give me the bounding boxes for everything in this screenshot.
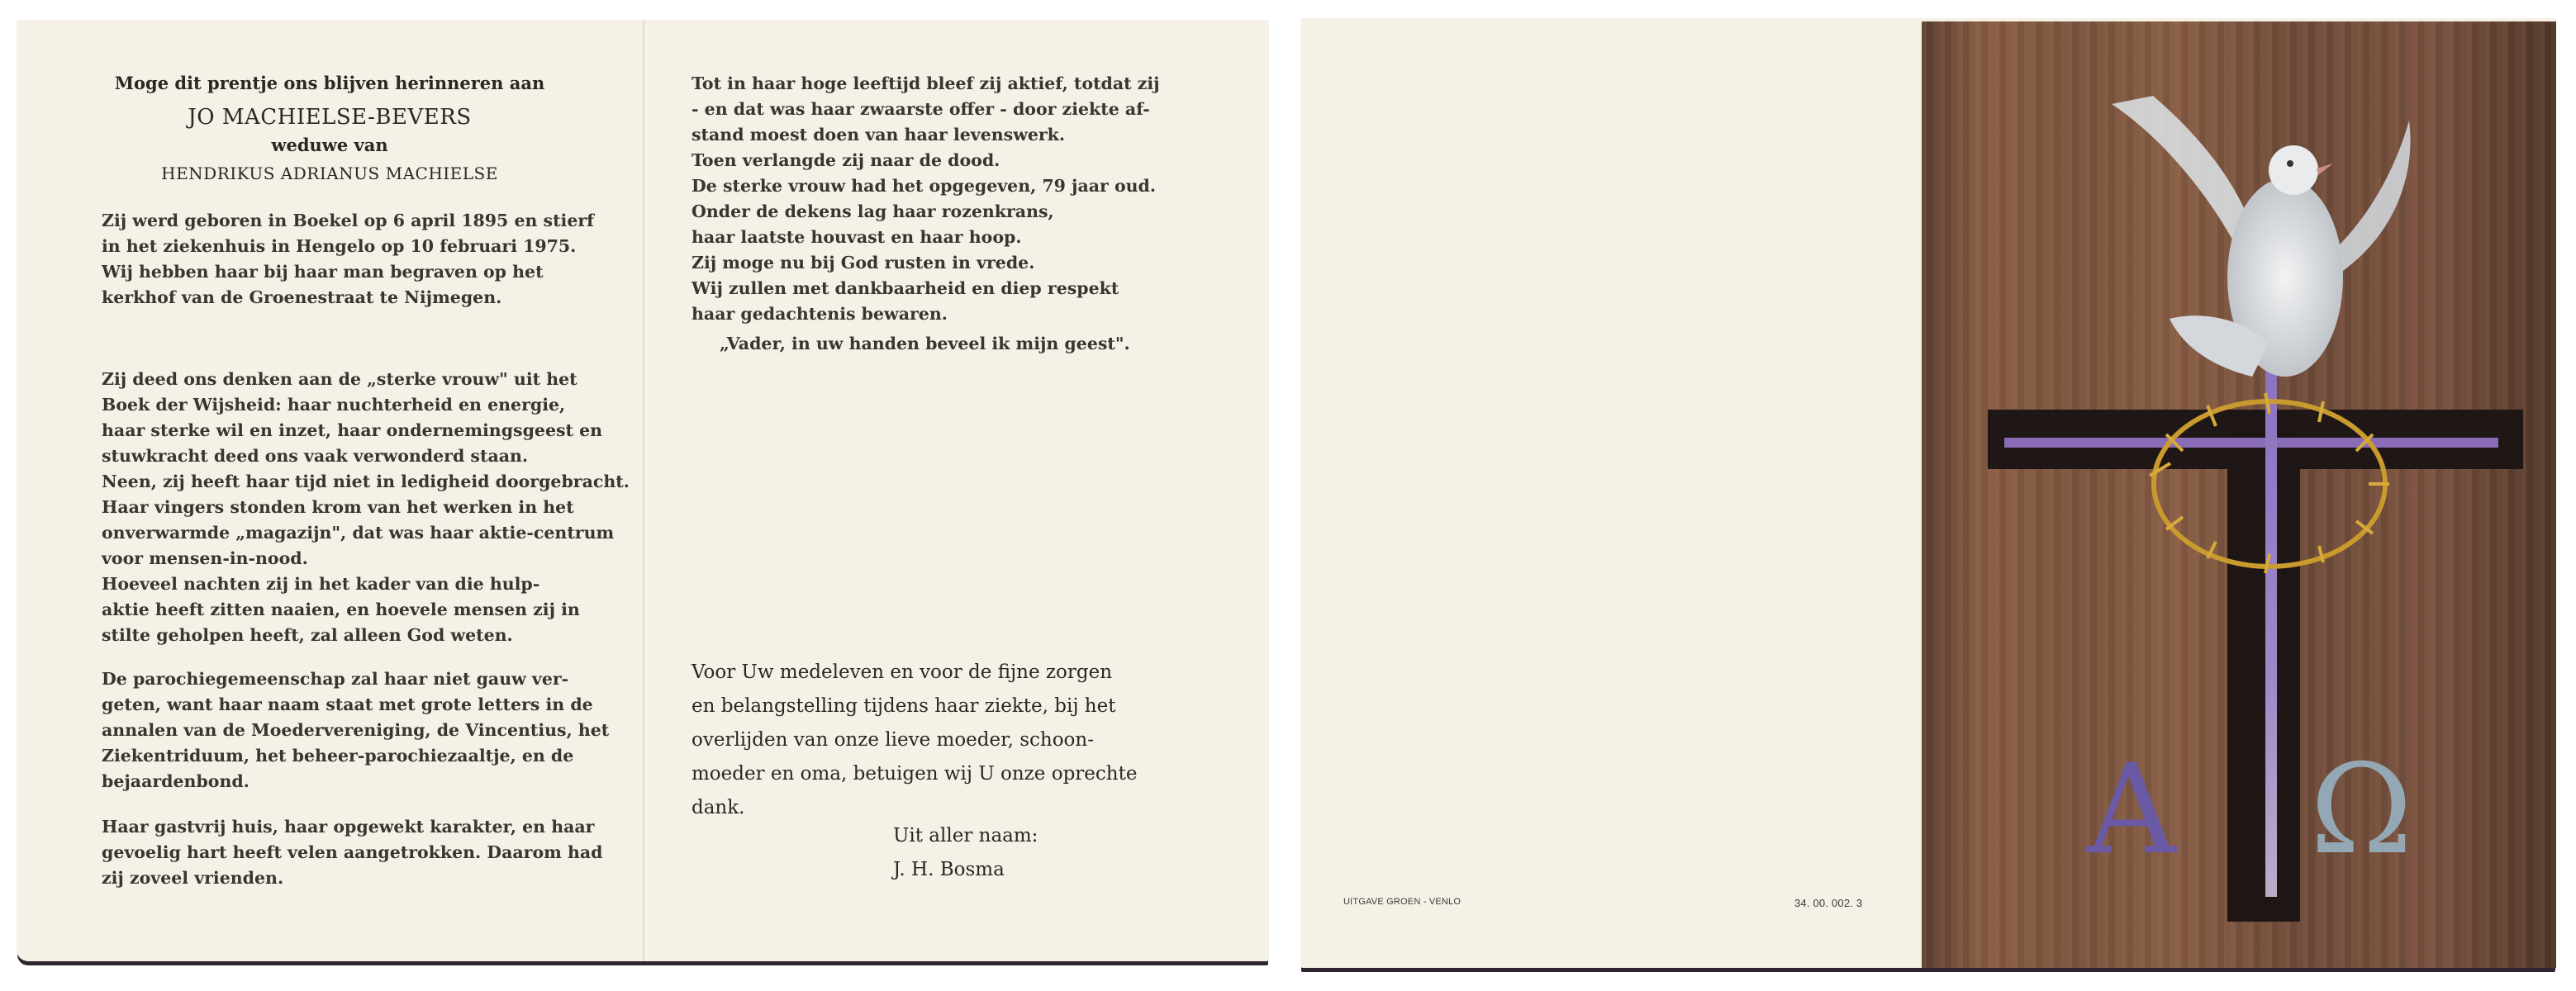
text-line: gevoelig hart heeft velen aangetrokken. … <box>102 840 597 865</box>
publisher-imprint: UITGAVE GROEN - VENLO <box>1343 897 1461 907</box>
text-line: stand moest doen van haar levenswerk. <box>692 122 1187 148</box>
text-line: De parochiegemeenschap zal haar niet gau… <box>102 666 597 692</box>
text-line: Toen verlangde zij naar de dood. <box>692 148 1187 173</box>
inside-right-panel: Tot in haar hoge leeftijd bleef zij akti… <box>644 20 1269 961</box>
text-line: annalen van de Moedervereniging, de Vinc… <box>102 718 597 743</box>
text-line: Onder de dekens lag haar rozenkrans, <box>692 199 1187 225</box>
text-line: kerkhof van de Groenestraat te Nijmegen. <box>102 285 597 311</box>
text-line: stilte geholpen heeft, zal alleen God we… <box>102 623 597 648</box>
signature-block: Uit aller naam: J. H. Bosma <box>893 819 1038 887</box>
text-line: Tot in haar hoge leeftijd bleef zij akti… <box>692 71 1187 97</box>
text-line: en belangstelling tijdens haar ziekte, b… <box>692 690 1137 723</box>
paragraph-parish: De parochiegemeenschap zal haar niet gau… <box>102 666 597 794</box>
text-line: in het ziekenhuis in Hengelo op 10 febru… <box>102 234 597 259</box>
text-line: Wij zullen met dankbaarheid en diep resp… <box>692 276 1187 301</box>
text-line: De sterke vrouw had het opgegeven, 79 ja… <box>692 173 1187 199</box>
text-line: Zij deed ons denken aan de „sterke vrouw… <box>102 367 597 392</box>
paragraph-hospitality: Haar gastvrij huis, haar opgewekt karakt… <box>102 814 597 891</box>
text-line: Ziekentriduum, het beheer-parochiezaaltj… <box>102 743 597 769</box>
relation-line: weduwe van <box>17 135 643 155</box>
text-line: Neen, zij heeft haar tijd niet in ledigh… <box>102 469 597 495</box>
paragraph-birth-death: Zij werd geboren in Boekel op 6 april 18… <box>102 208 597 311</box>
back-panel: UITGAVE GROEN - VENLO 34. 00. 002. 3 <box>1300 18 1920 968</box>
memorial-card-outside: UITGAVE GROEN - VENLO 34. 00. 002. 3 <box>1300 18 2556 968</box>
text-line: Zij moge nu bij God rusten in vrede. <box>692 250 1187 276</box>
memorial-card-inside: Moge dit prentje ons blijven herinneren … <box>17 20 1269 961</box>
signature-intro: Uit aller naam: <box>893 819 1038 853</box>
text-line: moeder en oma, betuigen wij U onze oprec… <box>692 757 1137 791</box>
cover-artwork: A Ω <box>1922 21 2556 968</box>
dove-icon <box>2046 71 2475 434</box>
text-line: voor mensen-in-nood. <box>102 546 597 571</box>
paragraph-character: Zij deed ons denken aan de „sterke vrouw… <box>102 367 597 648</box>
text-line: geten, want haar naam staat met grote le… <box>102 692 597 718</box>
spouse-name: HENDRIKUS ADRIANUS MACHIELSE <box>17 164 643 183</box>
text-line: - en dat was haar zwaarste offer - door … <box>692 97 1187 122</box>
text-line: haar gedachtenis bewaren. <box>692 301 1187 327</box>
text-line: zij zoveel vrienden. <box>102 865 597 891</box>
text-line: Voor Uw medeleven en voor de fijne zorge… <box>692 656 1137 690</box>
text-line: stuwkracht deed ons vaak verwonderd staa… <box>102 443 597 469</box>
intro-block: Moge dit prentje ons blijven herinneren … <box>17 73 643 183</box>
text-line: Wij hebben haar bij haar man begraven op… <box>102 259 597 285</box>
text-line: aktie heeft zitten naaien, en hoevele me… <box>102 597 597 623</box>
catalog-number: 34. 00. 002. 3 <box>1794 897 1862 909</box>
text-line: overlijden van onze lieve moeder, schoon… <box>692 723 1137 757</box>
deceased-name: JO MACHIELSE-BEVERS <box>17 105 643 130</box>
text-line: Haar vingers stonden krom van het werken… <box>102 495 597 520</box>
thanks-paragraph: Voor Uw medeleven en voor de fijne zorge… <box>692 656 1137 825</box>
inside-left-panel: Moge dit prentje ons blijven herinneren … <box>17 20 643 961</box>
text-line: bejaardenbond. <box>102 769 597 794</box>
text-line: Haar gastvrij huis, haar opgewekt karakt… <box>102 814 597 840</box>
paragraph-final-years: Tot in haar hoge leeftijd bleef zij akti… <box>692 71 1187 327</box>
alpha-letter: A <box>2087 748 2176 872</box>
text-line: haar laatste houvast en haar hoop. <box>692 225 1187 250</box>
intro-line: Moge dit prentje ons blijven herinneren … <box>17 73 643 93</box>
text-line: Hoeveel nachten zij in het kader van die… <box>102 571 597 597</box>
closing-quote: „Vader, in uw handen beveel ik mijn gees… <box>720 334 1130 353</box>
signature-name: J. H. Bosma <box>893 853 1038 887</box>
text-line: Zij werd geboren in Boekel op 6 april 18… <box>102 208 597 234</box>
text-line: Boek der Wijsheid: haar nuchterheid en e… <box>102 392 597 418</box>
text-line: haar sterke wil en inzet, haar ondernemi… <box>102 418 597 443</box>
text-line: onverwarmde „magazijn", dat was haar akt… <box>102 520 597 546</box>
omega-letter: Ω <box>2310 748 2412 872</box>
